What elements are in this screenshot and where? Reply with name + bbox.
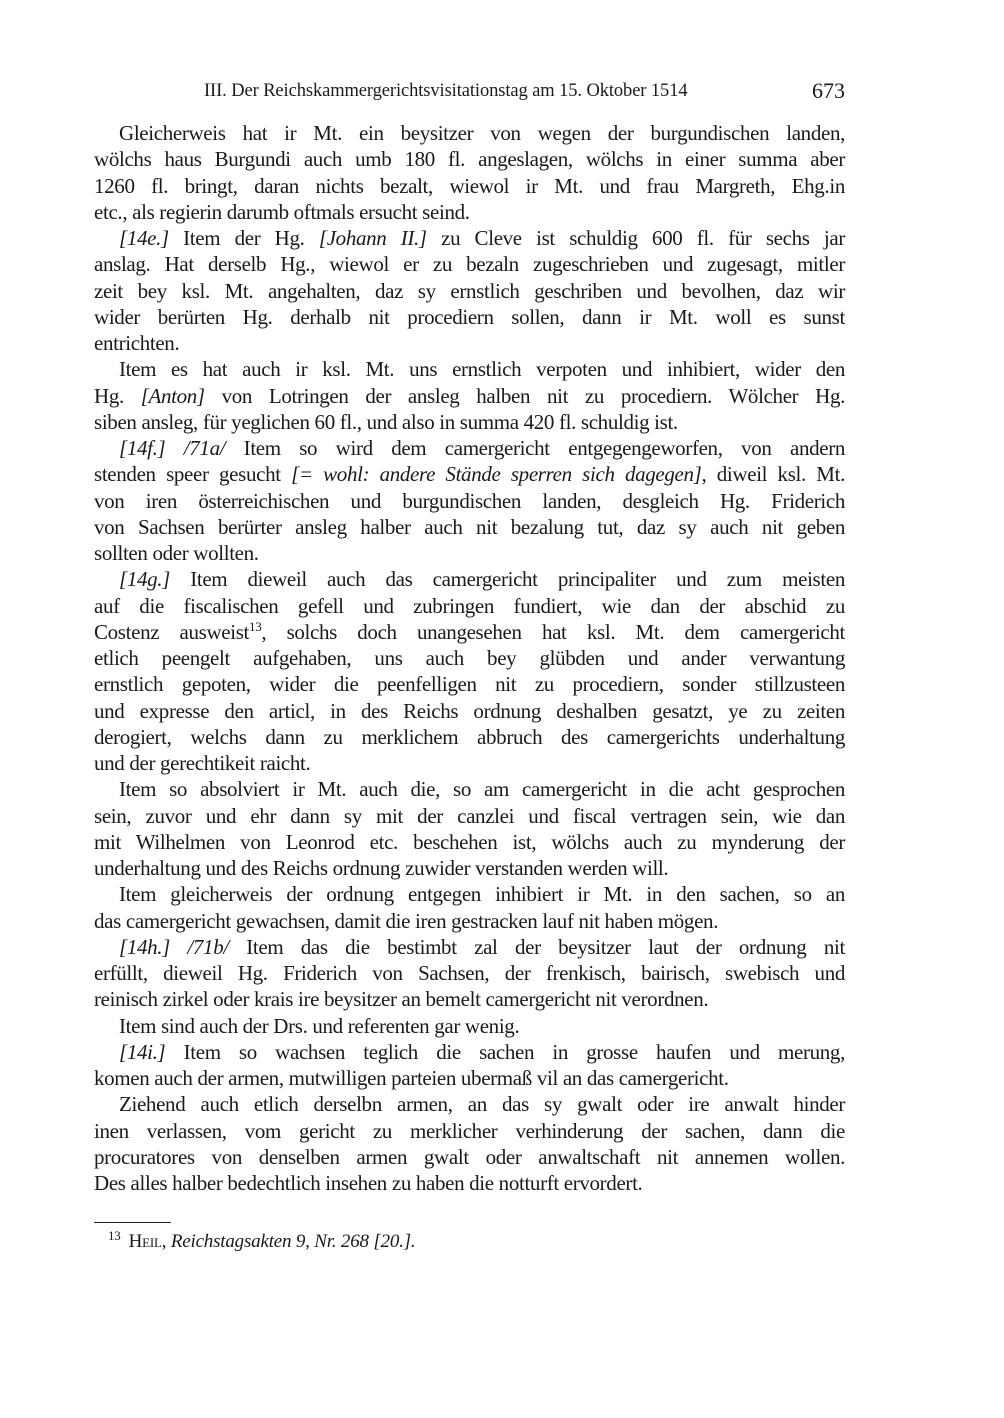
page-number: 673 xyxy=(812,78,845,104)
text-line: Gleicherweis hat ir Mt. ein beysitzer vo… xyxy=(94,120,845,146)
text-run: wölchs haus Burgundi auch umb 180 fl. an… xyxy=(94,147,845,171)
text-run: Item sind auch der Drs. und referenten g… xyxy=(119,1014,519,1038)
editorial-annotation: [14h.] /71b/ xyxy=(119,935,229,959)
text-run: procuratores von denselben armen gwalt o… xyxy=(94,1145,845,1169)
text-line: procuratores von denselben armen gwalt o… xyxy=(94,1144,845,1170)
text-line: [14i.] Item so wachsen teglich die sache… xyxy=(94,1039,845,1065)
text-line: 1260 fl. bringt, daran nichts bezalt, wi… xyxy=(94,173,845,199)
text-line: auf die fiscalischen gefell und zubringe… xyxy=(94,593,845,619)
text-line: sollten oder wollten. xyxy=(94,540,845,566)
text-run: erfüllt, dieweil Hg. Friderich von Sachs… xyxy=(94,961,845,985)
text-run: Des alles halber bedechtlich insehen zu … xyxy=(94,1171,642,1195)
text-line: inen verlassen, vom gericht zu merkliche… xyxy=(94,1118,845,1144)
text-line: sein, zuvor und ehr dann sy mit der canz… xyxy=(94,803,845,829)
text-run: Item der Hg. xyxy=(169,226,319,250)
editorial-annotation: [14e.] xyxy=(119,226,169,250)
text-run: derogiert, welchs dann zu merklichem abb… xyxy=(94,725,845,749)
text-run: auf die fiscalischen gefell und zubringe… xyxy=(94,594,845,618)
text-run: Item gleicherweis der ordnung entgegen i… xyxy=(119,882,845,906)
running-header: III. Der Reichskammergerichtsvisitations… xyxy=(94,78,845,106)
footnote-reference: 13 xyxy=(249,619,261,634)
footnote-rule xyxy=(94,1222,171,1223)
text-run: komen auch der armen, mutwilligen partei… xyxy=(94,1066,729,1090)
text-run: inen verlassen, vom gericht zu merkliche… xyxy=(94,1119,845,1143)
text-line: Item sind auch der Drs. und referenten g… xyxy=(94,1013,845,1039)
footnote-number: 13 xyxy=(108,1228,121,1243)
text-run: Item es hat auch ir ksl. Mt. uns ernstli… xyxy=(119,357,845,381)
text-run: Item das die bestimbt zal der beysitzer … xyxy=(229,935,845,959)
text-run: mit Wilhelmen von Leonrod etc. beschehen… xyxy=(94,830,845,854)
text-run: Gleicherweis hat ir Mt. ein beysitzer vo… xyxy=(119,121,845,145)
text-line: erfüllt, dieweil Hg. Friderich von Sachs… xyxy=(94,960,845,986)
text-line: [14e.] Item der Hg. [Johann II.] zu Clev… xyxy=(94,225,845,251)
text-line: derogiert, welchs dann zu merklichem abb… xyxy=(94,724,845,750)
text-run: etlich peengelt aufgehaben, uns auch bey… xyxy=(94,646,845,670)
text-run: sein, zuvor und ehr dann sy mit der canz… xyxy=(94,804,845,828)
text-line: etc., als regierin darumb oftmals ersuch… xyxy=(94,199,845,225)
text-run: underhaltung und des Reichs ordnung zuwi… xyxy=(94,856,668,880)
text-run: von iren österreichischen und burgundisc… xyxy=(94,489,845,513)
text-run: Costenz ausweist xyxy=(94,620,249,644)
text-line: von Sachsen berürter ansleg halber auch … xyxy=(94,514,845,540)
text-line: ernstlich gepoten, wider die peenfellige… xyxy=(94,671,845,697)
text-run: Item so absolviert ir Mt. auch die, so a… xyxy=(119,777,845,801)
text-line: entrichten. xyxy=(94,330,845,356)
text-run: ernstlich gepoten, wider die peenfellige… xyxy=(94,672,845,696)
text-line: mit Wilhelmen von Leonrod etc. beschehen… xyxy=(94,829,845,855)
text-run: wider berürten Hg. derhalb nit procedier… xyxy=(94,305,845,329)
text-run: von Sachsen berürter ansleg halber auch … xyxy=(94,515,845,539)
text-line: und der gerechtikeit raicht. xyxy=(94,750,845,776)
editorial-annotation: [Johann II.] xyxy=(319,226,427,250)
text-line: underhaltung und des Reichs ordnung zuwi… xyxy=(94,855,845,881)
text-line: komen auch der armen, mutwilligen partei… xyxy=(94,1065,845,1091)
footnote: 13Heil, Reichstagsakten 9, Nr. 268 [20.]… xyxy=(108,1228,415,1253)
text-run: Item so wird dem camergericht entgegenge… xyxy=(225,436,845,460)
text-run: , diweil ksl. Mt. xyxy=(702,462,846,486)
text-line: und expresse den articl, in des Reichs o… xyxy=(94,698,845,724)
text-line: [14f.] /71a/ Item so wird dem camergeric… xyxy=(94,435,845,461)
text-run: von Lotringen der ansleg halben nit zu p… xyxy=(205,384,845,408)
text-line: anslag. Hat derselb Hg., wiewol er zu be… xyxy=(94,251,845,277)
text-line: Item es hat auch ir ksl. Mt. uns ernstli… xyxy=(94,356,845,382)
text-run: etc., als regierin darumb oftmals ersuch… xyxy=(94,200,470,224)
text-run: Hg. xyxy=(94,384,141,408)
text-line: Hg. [Anton] von Lotringen der ansleg hal… xyxy=(94,383,845,409)
text-line: das camergericht gewachsen, damit die ir… xyxy=(94,908,845,934)
text-line: Costenz ausweist13, solchs doch unangese… xyxy=(94,619,845,645)
text-line: [14h.] /71b/ Item das die bestimbt zal d… xyxy=(94,934,845,960)
text-line: siben ansleg, für yeglichen 60 fl., und … xyxy=(94,409,845,435)
text-run: das camergericht gewachsen, damit die ir… xyxy=(94,909,718,933)
text-line: von iren österreichischen und burgundisc… xyxy=(94,488,845,514)
text-run: reinisch zirkel oder krais ire beysitzer… xyxy=(94,987,708,1011)
text-line: wölchs haus Burgundi auch umb 180 fl. an… xyxy=(94,146,845,172)
text-run: Item dieweil auch das camergericht princ… xyxy=(170,567,845,591)
text-run: Ziehend auch etlich derselbn armen, an d… xyxy=(119,1092,845,1116)
text-line: zeit bey ksl. Mt. angehalten, daz sy ern… xyxy=(94,278,845,304)
editorial-annotation: [Anton] xyxy=(141,384,205,408)
text-run: anslag. Hat derselb Hg., wiewol er zu be… xyxy=(94,252,845,276)
footnote-author: Heil xyxy=(129,1231,162,1252)
running-title: III. Der Reichskammergerichtsvisitations… xyxy=(204,81,688,102)
body-text: Gleicherweis hat ir Mt. ein beysitzer vo… xyxy=(94,120,845,1196)
text-line: wider berürten Hg. derhalb nit procedier… xyxy=(94,304,845,330)
editorial-annotation: [14g.] xyxy=(119,567,170,591)
text-line: stenden speer gesucht [= wohl: andere St… xyxy=(94,461,845,487)
editorial-annotation: [= wohl: andere Stände sperren sich dage… xyxy=(291,462,701,486)
text-run: siben ansleg, für yeglichen 60 fl., und … xyxy=(94,410,678,434)
text-line: etlich peengelt aufgehaben, uns auch bey… xyxy=(94,645,845,671)
editorial-annotation: [14i.] xyxy=(119,1040,165,1064)
text-line: Item gleicherweis der ordnung entgegen i… xyxy=(94,881,845,907)
text-run: Item so wachsen teglich die sachen in gr… xyxy=(165,1040,845,1064)
text-run: , solchs doch unangesehen hat ksl. Mt. d… xyxy=(261,620,845,644)
text-run: stenden speer gesucht xyxy=(94,462,291,486)
text-line: [14g.] Item dieweil auch das camergerich… xyxy=(94,566,845,592)
text-run: zu Cleve ist schuldig 600 fl. für sechs … xyxy=(427,226,845,250)
text-run: entrichten. xyxy=(94,331,179,355)
text-line: Item so absolviert ir Mt. auch die, so a… xyxy=(94,776,845,802)
text-run: zeit bey ksl. Mt. angehalten, daz sy ern… xyxy=(94,279,845,303)
footnote-separator: , xyxy=(162,1231,171,1252)
editorial-annotation: [14f.] /71a/ xyxy=(119,436,225,460)
footnote-citation: Reichstagsakten 9, Nr. 268 [20.]. xyxy=(171,1231,416,1252)
text-run: und expresse den articl, in des Reichs o… xyxy=(94,699,845,723)
text-line: Des alles halber bedechtlich insehen zu … xyxy=(94,1170,845,1196)
text-line: reinisch zirkel oder krais ire beysitzer… xyxy=(94,986,845,1012)
text-run: und der gerechtikeit raicht. xyxy=(94,751,310,775)
text-line: Ziehend auch etlich derselbn armen, an d… xyxy=(94,1091,845,1117)
text-run: sollten oder wollten. xyxy=(94,541,259,565)
text-run: 1260 fl. bringt, daran nichts bezalt, wi… xyxy=(94,174,845,198)
